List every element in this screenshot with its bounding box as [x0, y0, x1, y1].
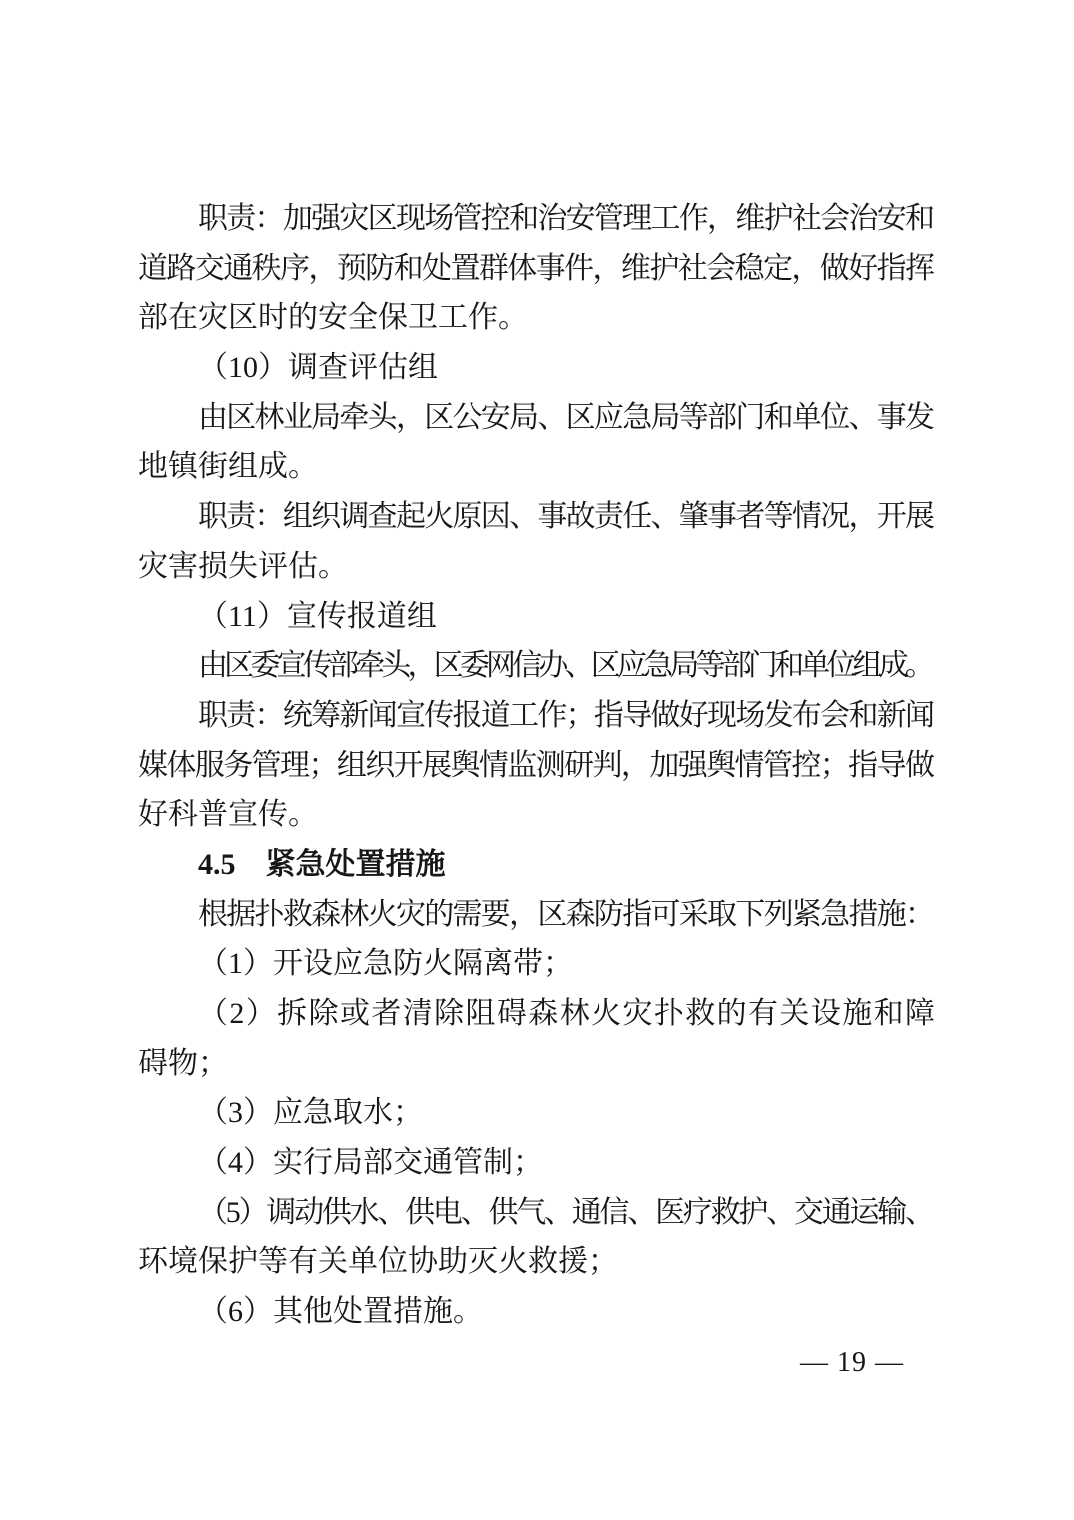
text-line-content: 碍物；	[138, 1039, 228, 1089]
text-line-content: 职责：加强灾区现场管控和治安管理工作，维护社会治安和	[198, 194, 933, 244]
text-line-content: 媒体服务管理；组织开展舆情监测研判，加强舆情管控；指导做	[138, 741, 933, 791]
text-line-content: 灾害损失评估。	[138, 542, 348, 592]
text-line: 地镇街组成。	[138, 442, 935, 492]
text-line-content: 4.5 紧急处置措施	[198, 840, 446, 890]
text-line: 灾害损失评估。	[138, 542, 935, 592]
text-line-content: （2）拆除或者清除阻碍森林火灾扑救的有关设施和障	[198, 989, 936, 1039]
text-line-content: 根据扑救森林火灾的需要，区森防指可采取下列紧急措施：	[198, 890, 933, 940]
text-line-content: （5）调动供水、供电、供气、通信、医疗救护、交通运输、	[198, 1188, 933, 1238]
text-line: 由区林业局牵头，区公安局、区应急局等部门和单位、事发	[138, 393, 935, 443]
text-line: 环境保护等有关单位协助灭火救援；	[138, 1237, 935, 1287]
text-line: （10）调查评估组	[138, 343, 935, 393]
text-line: 媒体服务管理；组织开展舆情监测研判，加强舆情管控；指导做	[138, 741, 935, 791]
text-line: （3）应急取水；	[138, 1088, 935, 1138]
text-line-content: 职责：组织调查起火原因、事故责任、肇事者等情况，开展	[198, 492, 933, 542]
document-body: 职责：加强灾区现场管控和治安管理工作，维护社会治安和道路交通秩序，预防和处置群体…	[138, 194, 935, 1337]
text-line: 职责：加强灾区现场管控和治安管理工作，维护社会治安和	[138, 194, 935, 244]
text-line: （4）实行局部交通管制；	[138, 1138, 935, 1188]
text-line-content: （4）实行局部交通管制；	[198, 1138, 543, 1188]
text-line: 4.5 紧急处置措施	[138, 840, 935, 890]
text-line: （11）宣传报道组	[138, 592, 935, 642]
text-line-content: （11）宣传报道组	[198, 592, 437, 642]
page-number-text: — 19 —	[800, 1347, 904, 1378]
document-page: 职责：加强灾区现场管控和治安管理工作，维护社会治安和道路交通秩序，预防和处置群体…	[0, 0, 1074, 1520]
text-line-content: 好科普宣传。	[138, 790, 318, 840]
text-line: 道路交通秩序，预防和处置群体事件，维护社会稳定，做好指挥	[138, 244, 935, 294]
text-line-content: （3）应急取水；	[198, 1088, 423, 1138]
text-line: 职责：组织调查起火原因、事故责任、肇事者等情况，开展	[138, 492, 935, 542]
text-line: 职责：统筹新闻宣传报道工作；指导做好现场发布会和新闻	[138, 691, 935, 741]
text-line: （2）拆除或者清除阻碍森林火灾扑救的有关设施和障	[138, 989, 935, 1039]
text-line: 好科普宣传。	[138, 790, 935, 840]
text-line-content: 部在灾区时的安全保卫工作。	[138, 293, 528, 343]
page-number: — 19 —	[800, 1347, 904, 1379]
text-line-content: 由区委宣传部牵头，区委网信办、区应急局等部门和单位组成。	[198, 641, 931, 691]
text-line: 碍物；	[138, 1039, 935, 1089]
text-line-content: 环境保护等有关单位协助灭火救援；	[138, 1237, 618, 1287]
text-line-content: （6）其他处置措施。	[198, 1287, 483, 1337]
text-line: 根据扑救森林火灾的需要，区森防指可采取下列紧急措施：	[138, 890, 935, 940]
text-line-content: 道路交通秩序，预防和处置群体事件，维护社会稳定，做好指挥	[138, 244, 933, 294]
text-line: 由区委宣传部牵头，区委网信办、区应急局等部门和单位组成。	[138, 641, 935, 691]
text-line-content: 由区林业局牵头，区公安局、区应急局等部门和单位、事发	[198, 393, 933, 443]
text-line-content: 职责：统筹新闻宣传报道工作；指导做好现场发布会和新闻	[198, 691, 933, 741]
text-line-content: （1）开设应急防火隔离带；	[198, 939, 573, 989]
text-line: 部在灾区时的安全保卫工作。	[138, 293, 935, 343]
text-line: （1）开设应急防火隔离带；	[138, 939, 935, 989]
text-line-content: 地镇街组成。	[138, 442, 318, 492]
text-line-content: （10）调查评估组	[198, 343, 438, 393]
text-line: （5）调动供水、供电、供气、通信、医疗救护、交通运输、	[138, 1188, 935, 1238]
text-line: （6）其他处置措施。	[138, 1287, 935, 1337]
